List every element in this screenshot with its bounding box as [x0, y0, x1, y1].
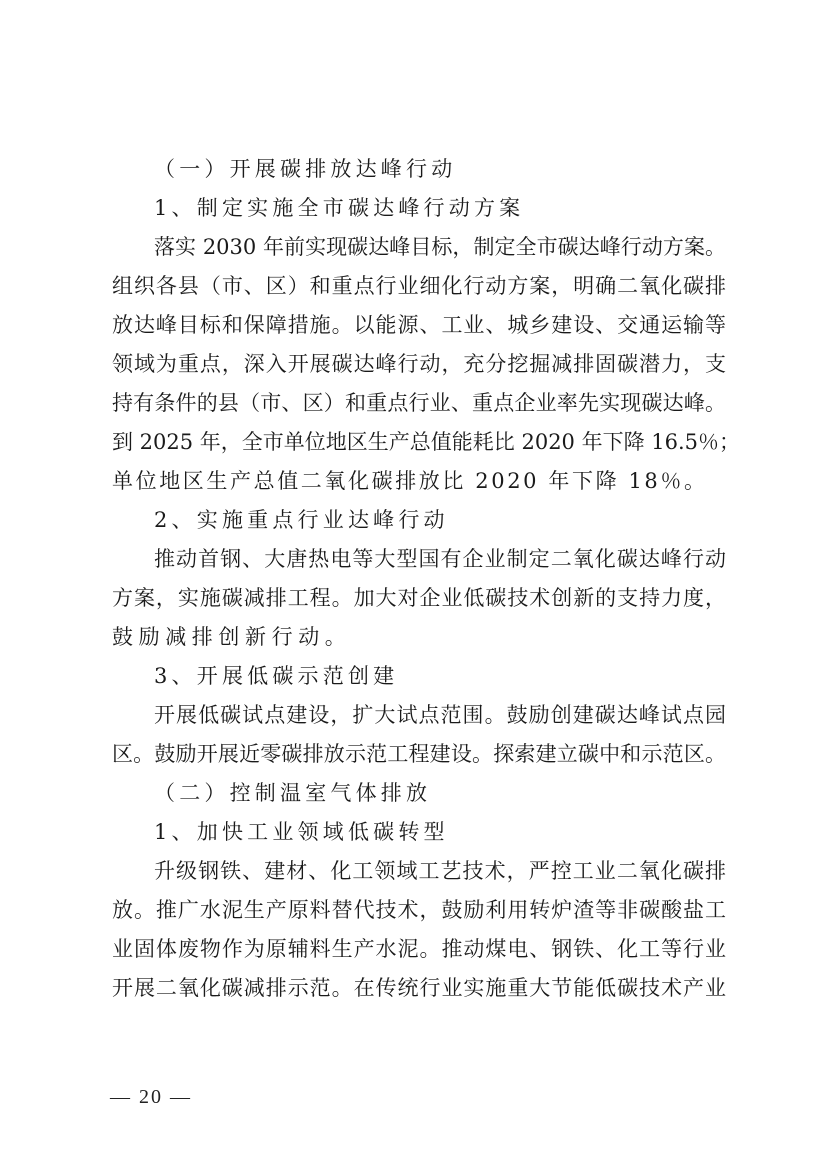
paragraph-line: 单位地区生产总值二氧化碳排放比 2020 年下降 18％。 [112, 462, 726, 501]
paragraph-line: 开展低碳试点建设，扩大试点范围。鼓励创建碳达峰试点园 [112, 696, 726, 735]
paragraph-line: 放达峰目标和保障措施。以能源、工业、城乡建设、交通运输等 [112, 306, 726, 345]
paragraph-line: 持有条件的县（市、区）和重点行业、重点企业率先实现碳达峰。 [112, 384, 726, 423]
item-heading-1-3: 3、开展低碳示范创建 [112, 657, 726, 696]
section-heading-1: （一）开展碳排放达峰行动 [112, 150, 726, 189]
item-heading-2-1: 1、加快工业领域低碳转型 [112, 813, 726, 852]
paragraph-line: 领域为重点，深入开展碳达峰行动，充分挖掘减排固碳潜力，支 [112, 345, 726, 384]
paragraph-line: 业固体废物作为原辅料生产水泥。推动煤电、钢铁、化工等行业 [112, 930, 726, 969]
paragraph-line: 落实 2030 年前实现碳达峰目标，制定全市碳达峰行动方案。 [112, 228, 726, 267]
item-heading-1-2: 2、实施重点行业达峰行动 [112, 501, 726, 540]
paragraph-line: 升级钢铁、建材、化工领域工艺技术，严控工业二氧化碳排 [112, 852, 726, 891]
paragraph-line: 放。推广水泥生产原料替代技术，鼓励利用转炉渣等非碳酸盐工 [112, 891, 726, 930]
item-heading-1-1: 1、制定实施全市碳达峰行动方案 [112, 189, 726, 228]
paragraph-line: 区。鼓励开展近零碳排放示范工程建设。探索建立碳中和示范区。 [112, 735, 726, 774]
page-number: — 20 — [110, 1086, 192, 1109]
paragraph-line: 鼓励减排创新行动。 [112, 618, 726, 657]
document-body: （一）开展碳排放达峰行动 1、制定实施全市碳达峰行动方案 落实 2030 年前实… [112, 150, 726, 1008]
paragraph-line: 到 2025 年，全市单位地区生产总值能耗比 2020 年下降 16.5％； [112, 423, 726, 462]
paragraph-line: 推动首钢、大唐热电等大型国有企业制定二氧化碳达峰行动 [112, 540, 726, 579]
paragraph-line: 方案，实施碳减排工程。加大对企业低碳技术创新的支持力度， [112, 579, 726, 618]
paragraph-line: 组织各县（市、区）和重点行业细化行动方案，明确二氧化碳排 [112, 267, 726, 306]
section-heading-2: （二）控制温室气体排放 [112, 774, 726, 813]
paragraph-line: 开展二氧化碳减排示范。在传统行业实施重大节能低碳技术产业 [112, 969, 726, 1008]
